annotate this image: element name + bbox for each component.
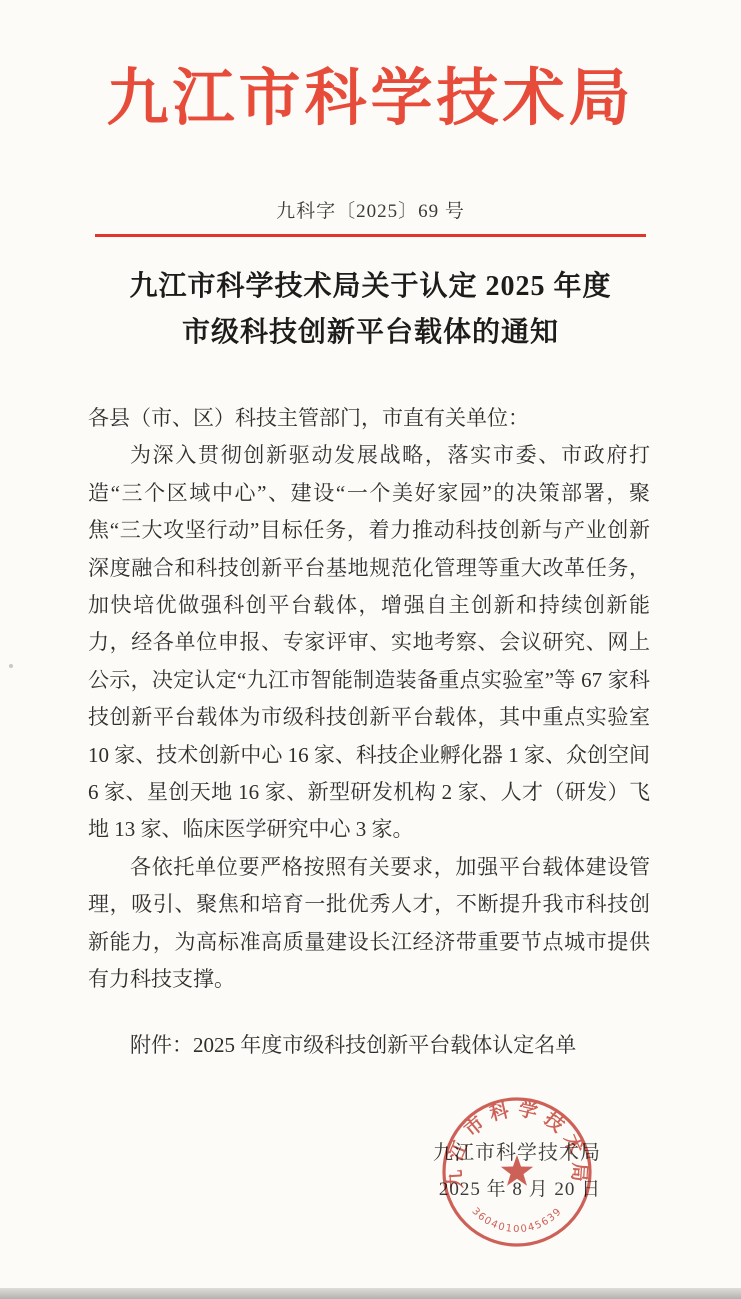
letterhead-title: 九江市科学技术局 — [0, 48, 741, 137]
scan-bottom-edge — [0, 1288, 741, 1299]
scan-artifact-dot — [9, 664, 13, 668]
paragraph-1: 为深入贯彻创新驱动发展战略，落实市委、市政府打造“三个区域中心”、建设“一个美好… — [88, 437, 650, 848]
red-divider-line — [95, 234, 646, 237]
document-page: 九江市科学技术局 九科字〔2025〕69 号 九江市科学技术局关于认定 2025… — [0, 0, 741, 1299]
doc-body: 各县（市、区）科技主管部门，市直有关单位： 为深入贯彻创新驱动发展战略，落实市委… — [88, 400, 650, 1064]
salutation: 各县（市、区）科技主管部门，市直有关单位： — [88, 400, 650, 437]
seal-number: 3604010045639 — [469, 1206, 564, 1235]
paragraph-2: 各依托单位要严格按照有关要求，加强平台载体建设管理，吸引、聚焦和培育一批优秀人才… — [88, 849, 650, 999]
seal-star-icon — [501, 1155, 533, 1186]
attachment-line: 附件：2025 年度市级科技创新平台载体认定名单 — [88, 1027, 650, 1064]
doc-title-line1: 九江市科学技术局关于认定 2025 年度 — [0, 264, 741, 310]
doc-title-line2: 市级科技创新平台载体的通知 — [0, 310, 741, 356]
official-seal: 九江市科学技术局 3604010045639 — [437, 1092, 597, 1252]
doc-number: 九科字〔2025〕69 号 — [0, 196, 741, 223]
svg-text:3604010045639: 3604010045639 — [469, 1206, 564, 1235]
doc-title: 九江市科学技术局关于认定 2025 年度 市级科技创新平台载体的通知 — [0, 264, 741, 356]
